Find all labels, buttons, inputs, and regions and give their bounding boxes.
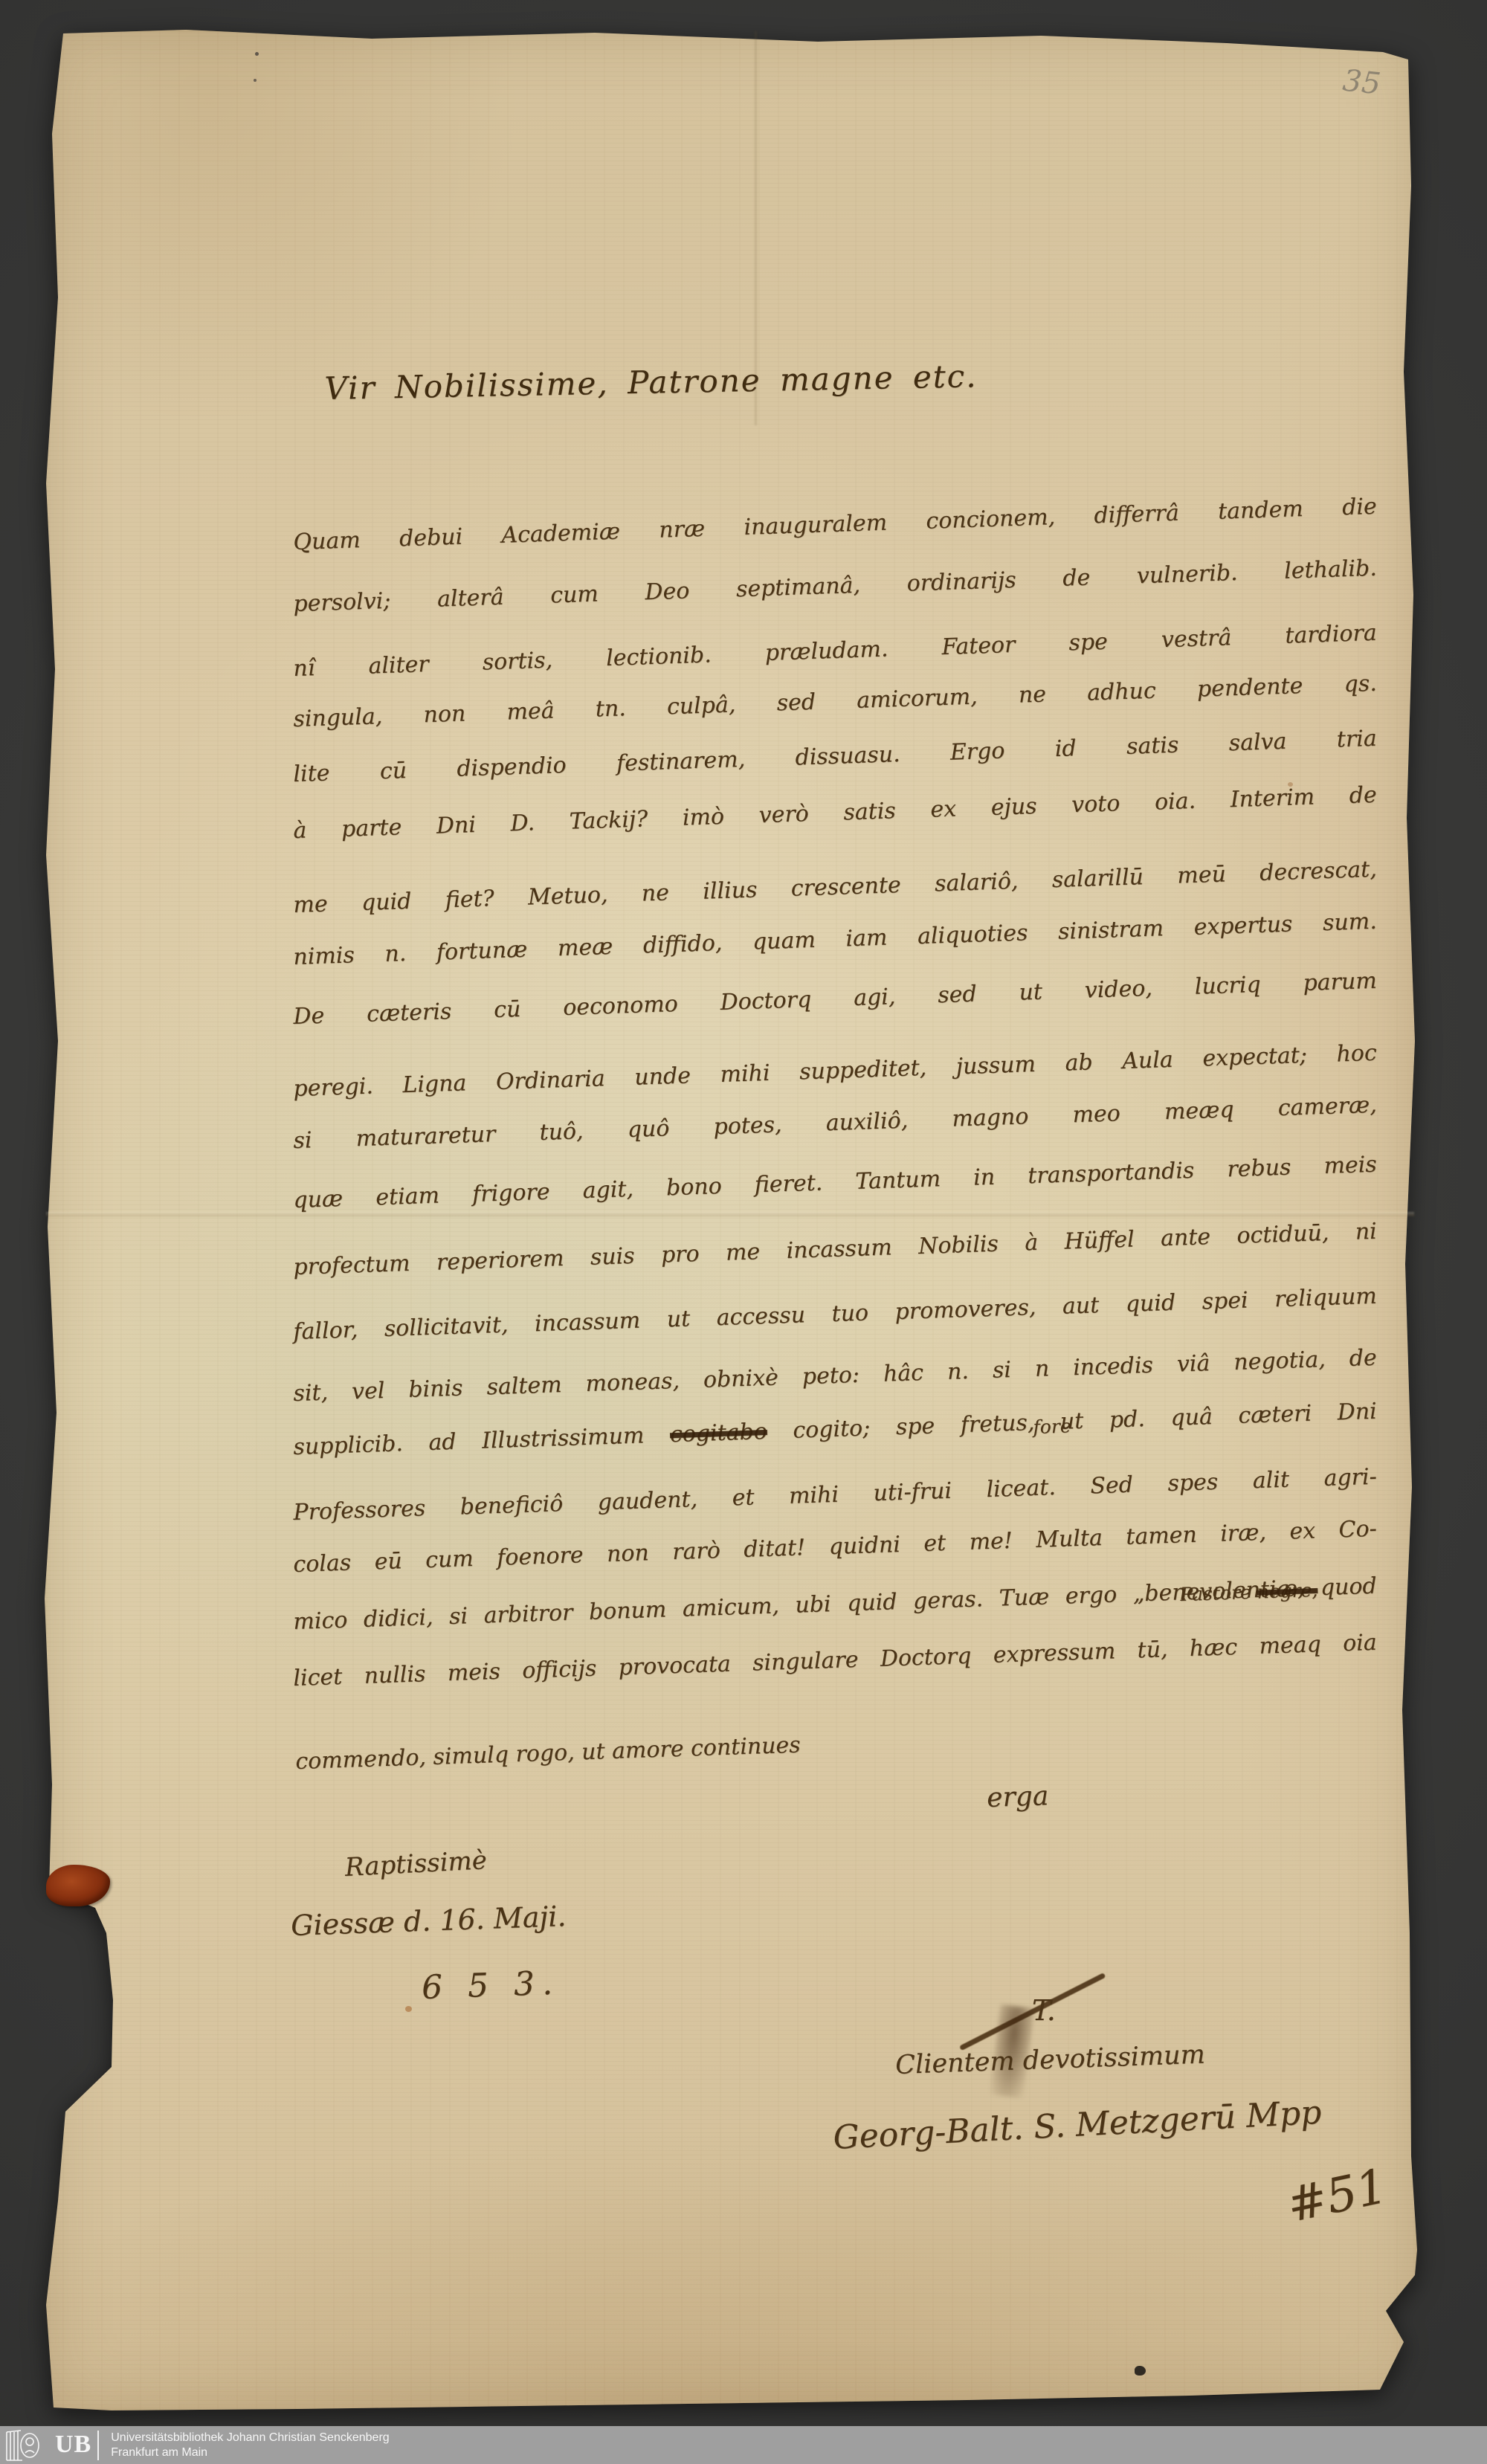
ub-books-portrait-icon: [4, 2429, 54, 2462]
banner-text: Universitätsbibliothek Johann Christian …: [111, 2431, 389, 2460]
insertion-struck-word: negre,: [1257, 1579, 1318, 1603]
interlinear-insertion: fore: [1033, 1415, 1071, 1438]
signature-sigla: T.: [1032, 1994, 1056, 2027]
library-watermark-banner: UB Universitätsbibliothek Johann Christi…: [0, 2426, 1487, 2464]
interlinear-insertion-struck: Pastore negre,: [1180, 1579, 1318, 1605]
ub-logo: UB: [0, 2426, 97, 2464]
dateline-year: 6 5 3.: [421, 1964, 561, 2007]
scan-background: 35 Vir Nobilissime, Patrone magne etc. Q…: [0, 0, 1487, 2464]
banner-divider: [97, 2431, 99, 2460]
insertion-pre: Pastore: [1180, 1581, 1257, 1605]
banner-library-name: Universitätsbibliothek Johann Christian …: [111, 2431, 389, 2445]
ink-blot: [1135, 2366, 1146, 2376]
folio-number: 35: [1341, 63, 1382, 101]
struck-word: cogitabo: [669, 1419, 767, 1448]
banner-city: Frankfurt am Main: [111, 2445, 389, 2460]
closing-word: erga: [987, 1781, 1049, 1813]
ub-logo-text: UB: [55, 2431, 91, 2459]
